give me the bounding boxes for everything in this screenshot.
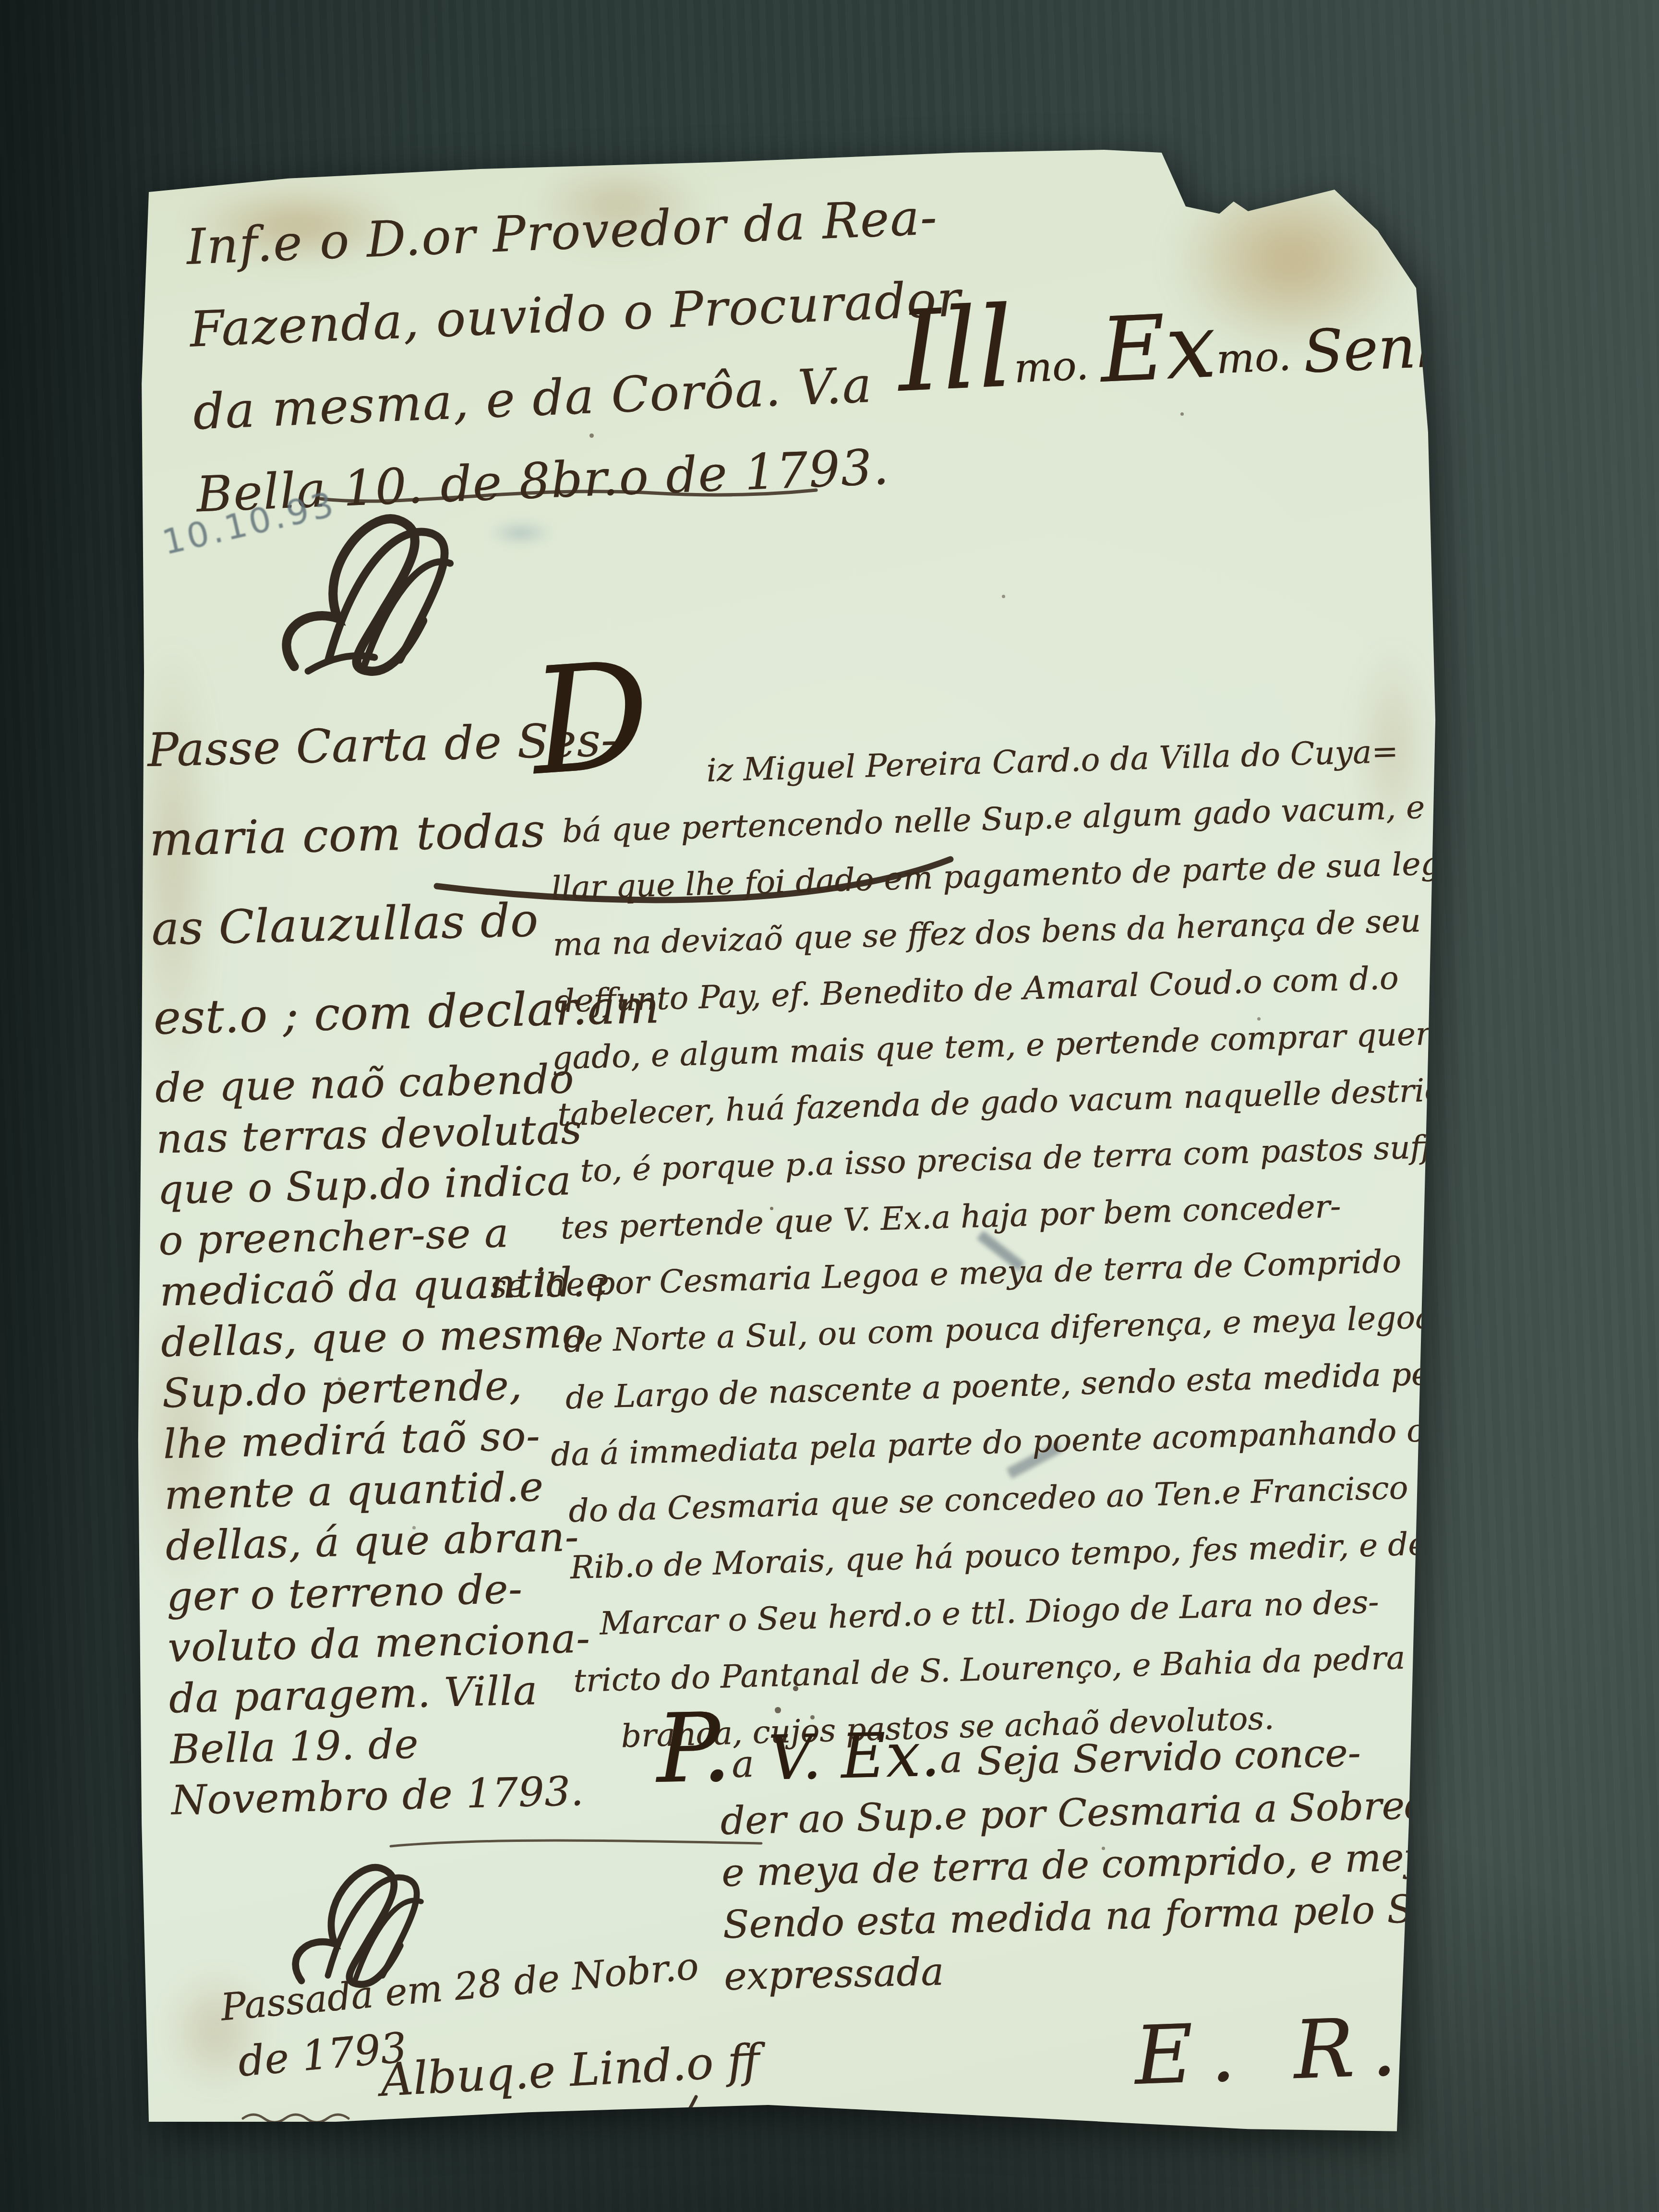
margin-line: dellas, que o mesmo: [160, 1306, 632, 1368]
closing-first-line: Seja Servido conce-: [976, 1731, 1361, 1784]
salutation-illmo: Illmo.: [895, 288, 1090, 408]
margin-line: Novembro de 1793.: [171, 1764, 642, 1826]
closing-addressee: V. Ex.a: [768, 1724, 963, 1790]
salutation: Illmo. Exmo. Senhor.: [895, 268, 1530, 408]
salutation-senhor: Senhor.: [1302, 313, 1530, 381]
closing-invocation-row: P.a V. Ex.a Seja Servido conce-: [655, 1683, 1454, 1797]
ink-specks: [0, 0, 2, 2]
erm-formula: E. R. M.: [1133, 1993, 1597, 2103]
margin-line: que o Sup.do indica: [157, 1154, 628, 1215]
salutation-exmo: Exmo.: [1098, 298, 1292, 396]
paper-surface: Inf.e o D.or Provedor da Rea- Fazenda, o…: [0, 0, 1659, 2212]
margin-line: dellas, á que abran-: [165, 1510, 637, 1571]
signature-flourish: [610, 2093, 715, 2165]
archival-photograph: Inf.e o D.or Provedor da Rea- Fazenda, o…: [0, 0, 1659, 2212]
margin-line: voluto da menciona-: [167, 1611, 638, 1673]
petition-closing: P.a V. Ex.a Seja Servido conce- der ao S…: [655, 1683, 1459, 2004]
year-underline-squiggle: [240, 2110, 365, 2127]
closing-initial: P.a: [655, 1699, 755, 1797]
manuscript-page: Inf.e o D.or Provedor da Rea- Fazenda, o…: [0, 0, 1659, 2212]
petition-body: iz Miguel Pereira Card.o da Villa do Cuy…: [547, 722, 1478, 1767]
